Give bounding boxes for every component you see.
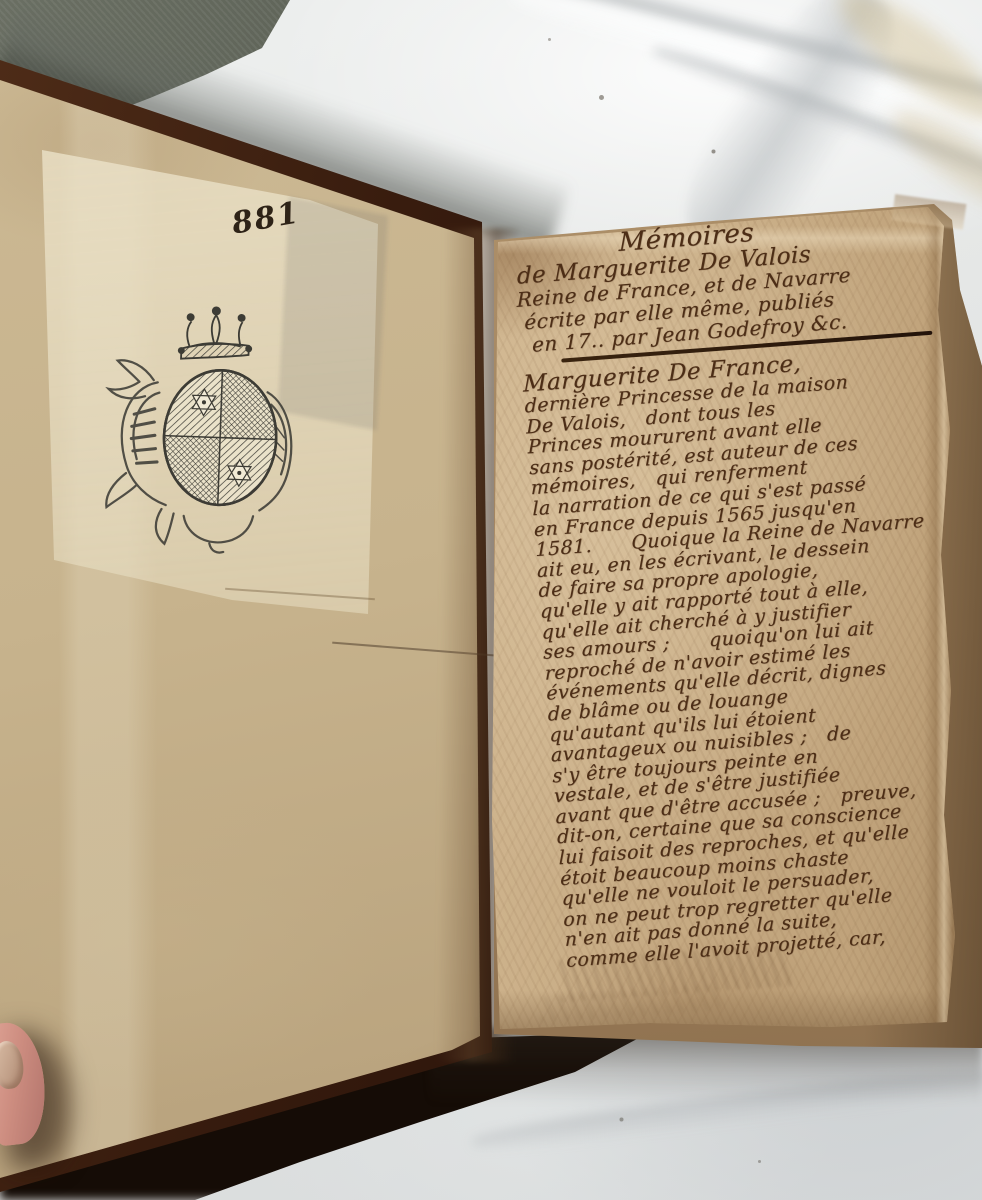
coat-of-arms-bookplate-engraving <box>88 292 303 559</box>
fingernail <box>0 1040 25 1091</box>
manuscript-text: Mémoires de Marguerite De Valois Reine d… <box>512 205 982 972</box>
book-photo: 881 <box>0 0 982 1200</box>
